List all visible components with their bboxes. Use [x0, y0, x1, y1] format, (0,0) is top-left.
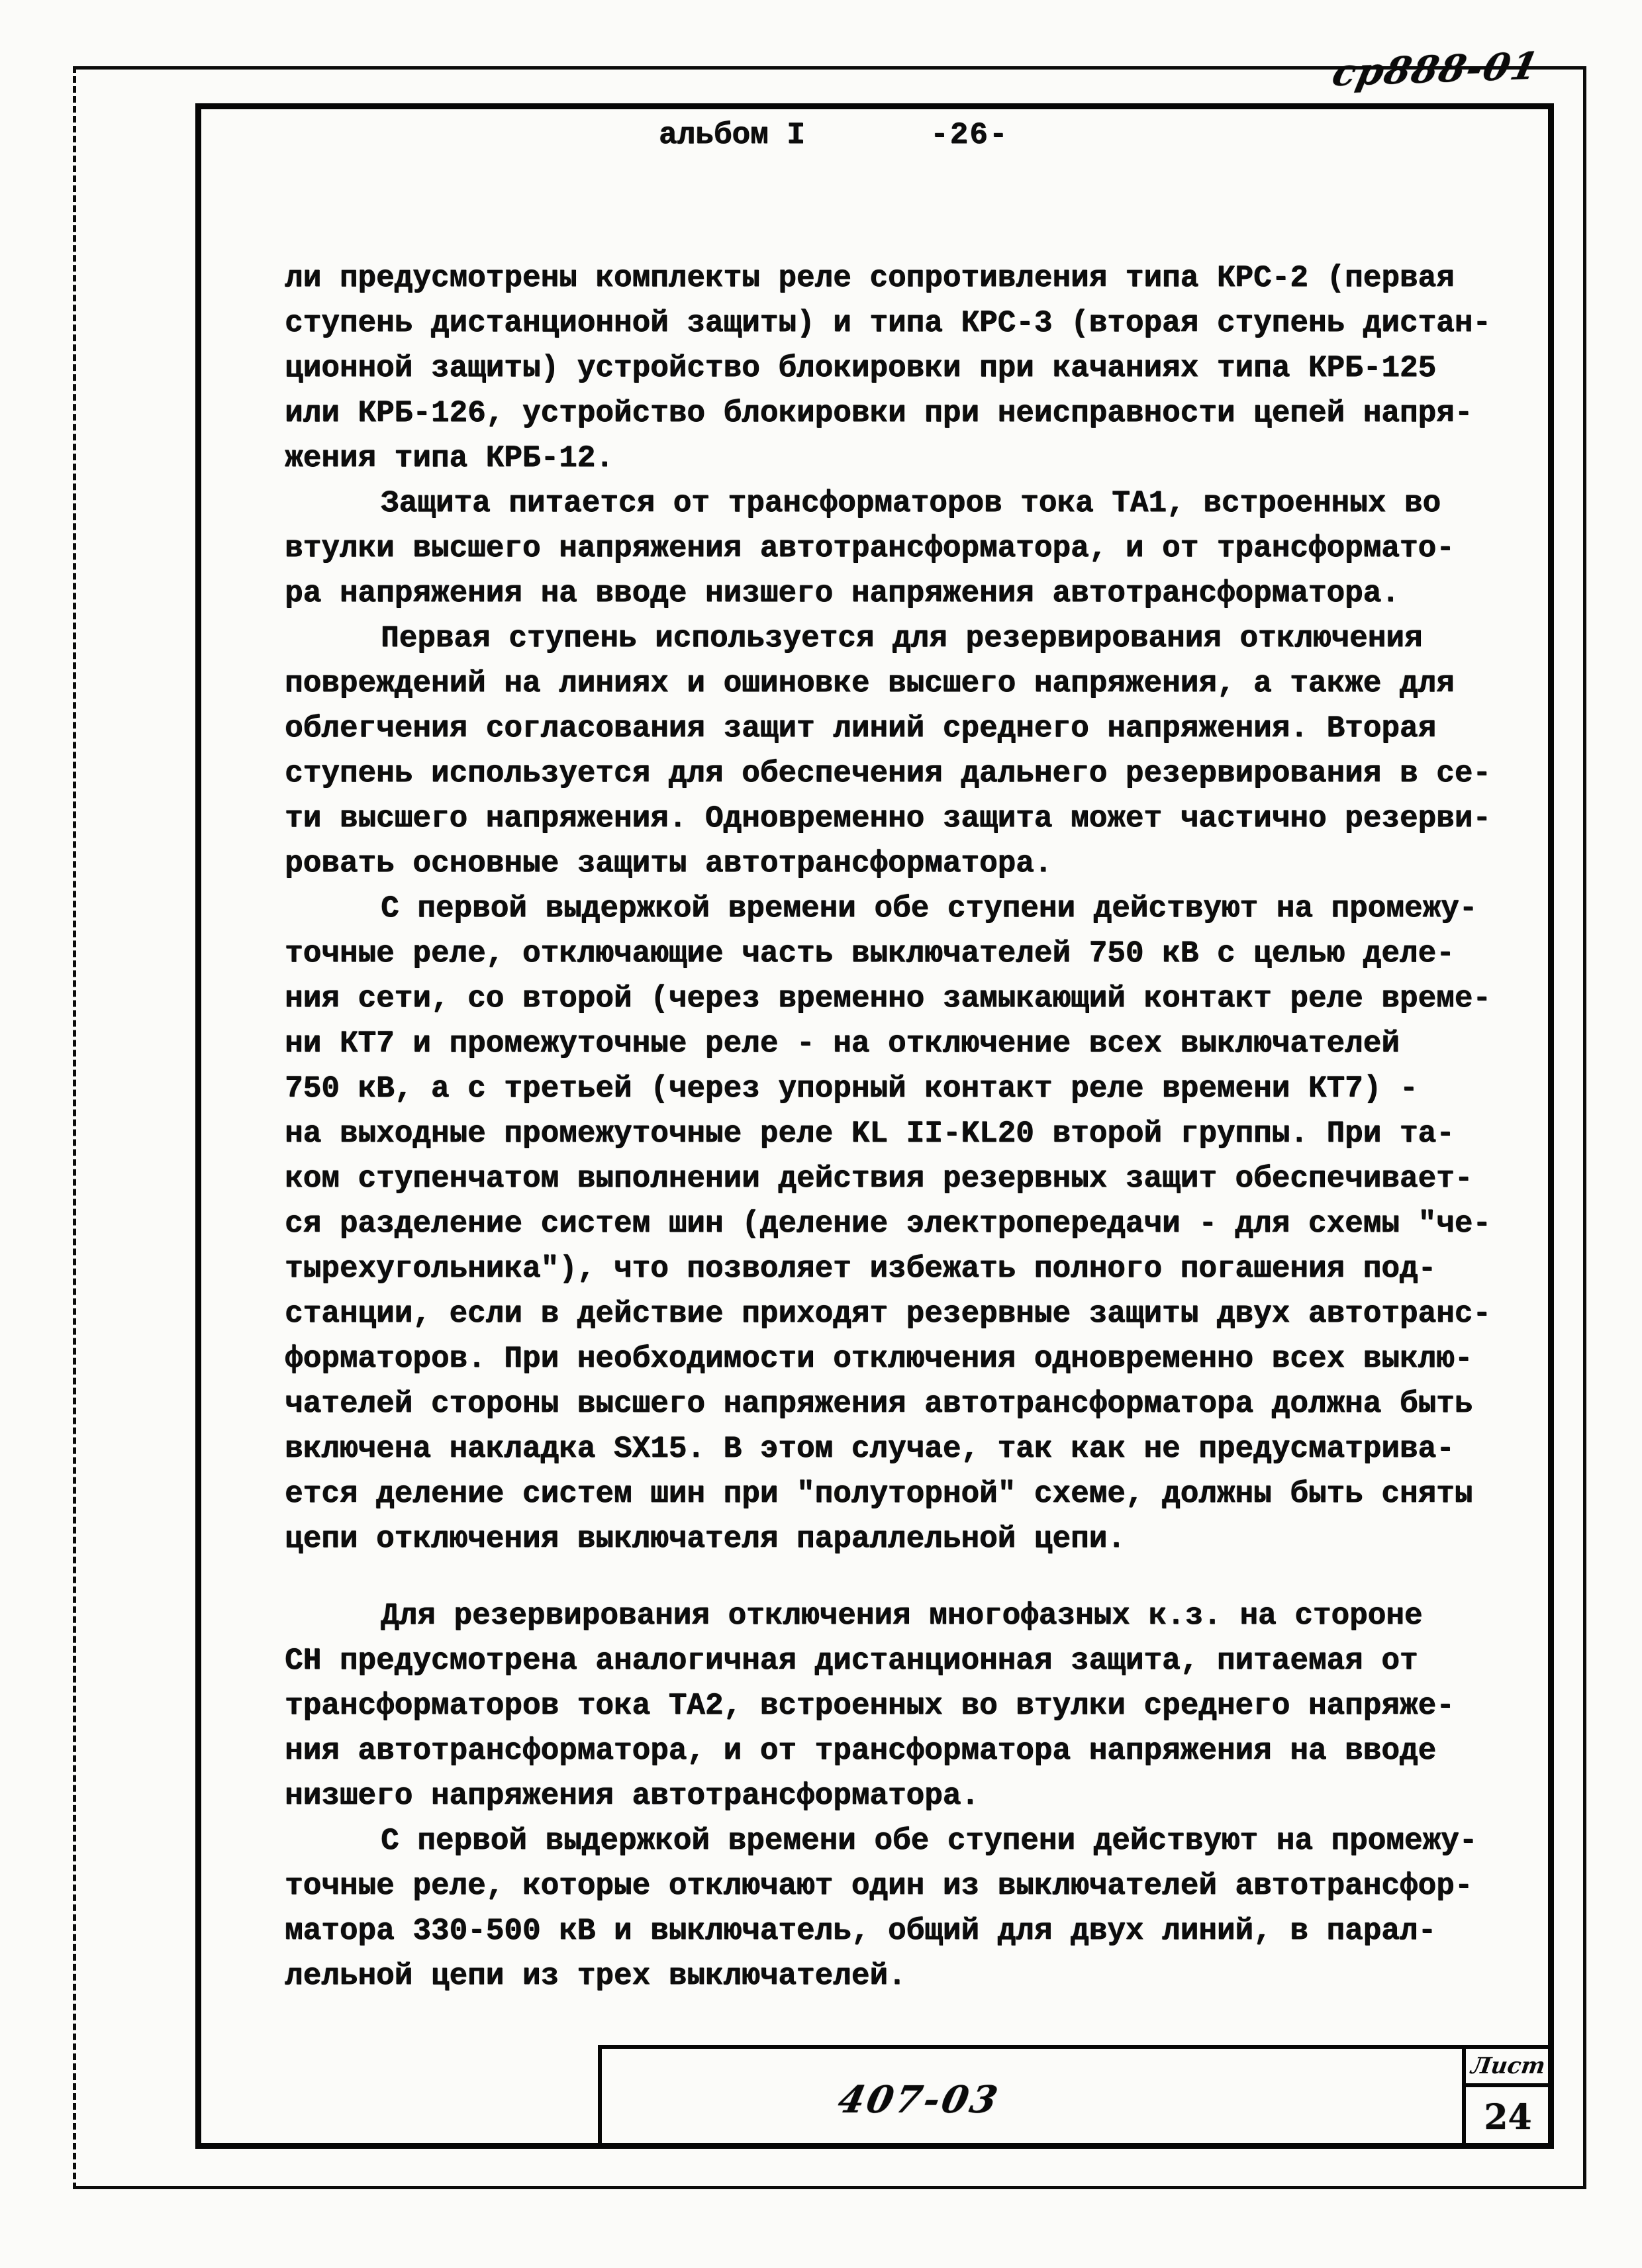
- text-line: ния сети, со второй (через временно замы…: [285, 976, 1563, 1021]
- title-block-main-cell: 407-03: [602, 2049, 1462, 2145]
- text-line: чателей стороны высшего напряжения автот…: [285, 1381, 1563, 1426]
- text-line: цепи отключения выключателя параллельной…: [285, 1516, 1563, 1561]
- text-line: ступень используется для обеспечения дал…: [285, 751, 1563, 796]
- text-line: точные реле, которые отключают один из в…: [285, 1863, 1563, 1908]
- scanned-document-page: ср888-01 альбом I -26- ли предусмотрены …: [0, 0, 1642, 2268]
- text-line: ступень дистанционной защиты) и типа КРС…: [285, 301, 1563, 346]
- text-line: или КРБ-126, устройство блокировки при н…: [285, 391, 1563, 436]
- text-line: С первой выдержкой времени обе ступени д…: [285, 886, 1563, 931]
- text-line: жения типа КРБ-12.: [285, 436, 1563, 481]
- text-line: тырехугольника"), что позволяет избежать…: [285, 1246, 1563, 1291]
- text-line: ти высшего напряжения. Одновременно защи…: [285, 796, 1563, 841]
- text-line: ра напряжения на вводе низшего напряжени…: [285, 571, 1563, 616]
- text-line: ни КТ7 и промежуточные реле - на отключе…: [285, 1021, 1563, 1066]
- paragraph: Первая ступень используется для резервир…: [285, 616, 1563, 886]
- document-number: 407-03: [834, 2078, 1004, 2122]
- handwritten-code-mark: ср888-01: [1329, 44, 1543, 95]
- text-line: С первой выдержкой времени обе ступени д…: [285, 1818, 1563, 1863]
- title-block: 407-03 Лист 24: [598, 2045, 1554, 2149]
- text-line: втулки высшего напряжения автотрансформа…: [285, 526, 1563, 571]
- sheet-label: Лист: [1469, 2049, 1547, 2083]
- text-line: ком ступенчатом выполнении действия резе…: [285, 1156, 1563, 1201]
- paragraph: Защита питается от трансформаторов тока …: [285, 481, 1563, 616]
- sheet-number: 24: [1466, 2087, 1550, 2148]
- text-line: точные реле, отключающие часть выключате…: [285, 931, 1563, 976]
- text-line: 750 кВ, а с третьей (через упорный конта…: [285, 1066, 1563, 1111]
- text-line: включена накладка SХ15. В этом случае, т…: [285, 1426, 1563, 1471]
- text-line: Защита питается от трансформаторов тока …: [285, 481, 1563, 526]
- paragraph: ли предусмотрены комплекты реле сопротив…: [285, 256, 1563, 481]
- text-line: станции, если в действие приходят резерв…: [285, 1291, 1563, 1336]
- text-line: повреждений на линиях и ошиновке высшего…: [285, 661, 1563, 706]
- text-line: трансформаторов тока ТА2, встроенных во …: [285, 1683, 1563, 1728]
- text-line: ровать основные защиты автотрансформатор…: [285, 841, 1563, 886]
- sheet-label-cell: Лист: [1466, 2049, 1550, 2087]
- body-text: ли предусмотрены комплекты реле сопротив…: [285, 256, 1563, 1998]
- paragraph: С первой выдержкой времени обе ступени д…: [285, 1818, 1563, 1998]
- text-line: Первая ступень используется для резервир…: [285, 616, 1563, 661]
- text-line: матора 330-500 кВ и выключатель, общий д…: [285, 1908, 1563, 1953]
- paragraph: Для резервирования отключения многофазны…: [285, 1593, 1563, 1818]
- page-number: -26-: [930, 118, 1008, 152]
- album-label: альбом I: [659, 118, 805, 152]
- text-line: СН предусмотрена аналогичная дистанционн…: [285, 1638, 1563, 1683]
- text-line: ли предусмотрены комплекты реле сопротив…: [285, 256, 1563, 301]
- text-line: на выходные промежуточные реле KL II-KL2…: [285, 1111, 1563, 1156]
- text-line: Для резервирования отключения многофазны…: [285, 1593, 1563, 1638]
- text-line: ния автотрансформатора, и от трансформат…: [285, 1728, 1563, 1773]
- title-block-sheet-column: Лист 24: [1462, 2049, 1550, 2145]
- text-line: лельной цепи из трех выключателей.: [285, 1953, 1563, 1998]
- text-line: ется деление систем шин при "полуторной"…: [285, 1471, 1563, 1516]
- paragraph: С первой выдержкой времени обе ступени д…: [285, 886, 1563, 1561]
- text-line: облегчения согласования защит линий сред…: [285, 706, 1563, 751]
- text-line: низшего напряжения автотрансформатора.: [285, 1773, 1563, 1818]
- text-line: форматоров. При необходимости отключения…: [285, 1336, 1563, 1381]
- text-line: ся разделение систем шин (деление электр…: [285, 1201, 1563, 1246]
- text-line: ционной защиты) устройство блокировки пр…: [285, 346, 1563, 391]
